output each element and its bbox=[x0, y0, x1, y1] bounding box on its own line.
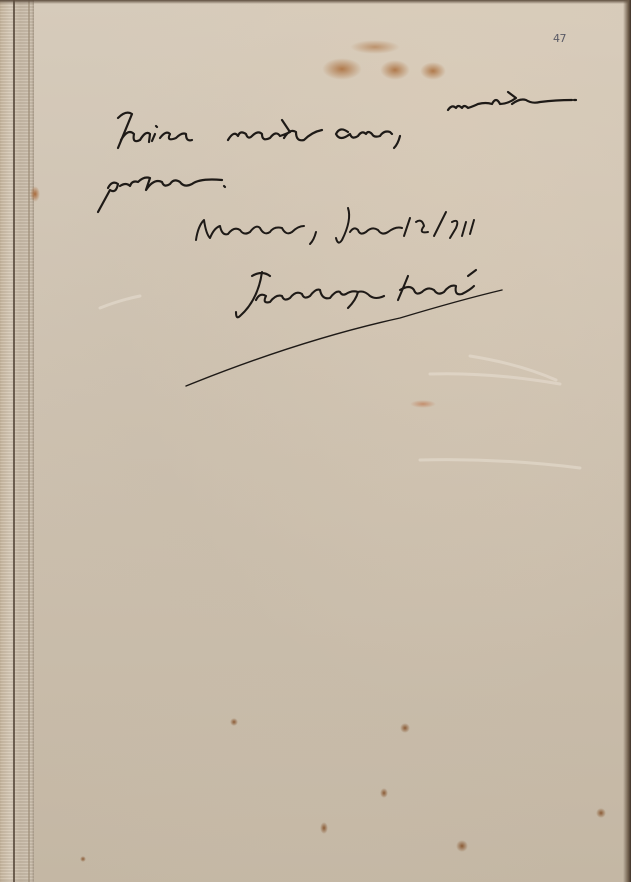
embossed-scuffs bbox=[0, 0, 631, 882]
book-page: 47 Quien mucho ama, mucho perdona. Monte… bbox=[0, 0, 631, 882]
